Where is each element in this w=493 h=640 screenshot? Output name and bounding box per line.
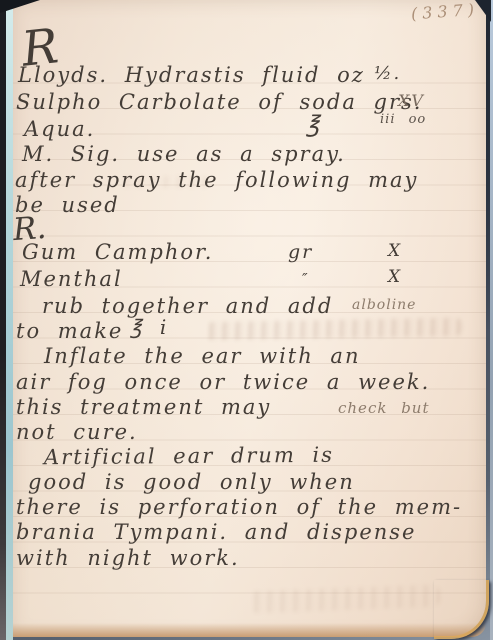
note-line: good is good only when — [28, 471, 355, 494]
ingredient-name: Lloyds. Hydrastis fluid oz — [18, 64, 365, 87]
note-line: not cure. — [16, 421, 138, 444]
mixing-instruction-addition: alboline — [352, 298, 416, 313]
note-line: Artificial ear drum is — [44, 444, 334, 470]
ounce-symbol: ℥ — [306, 113, 321, 138]
ingredient-amount: XV — [398, 92, 425, 110]
page-edge-cyan — [6, 0, 13, 640]
note-line: air fog once or twice a week. — [16, 371, 430, 394]
note-line: after spray the following may — [15, 169, 418, 192]
note-line: there is perforation of the mem- — [16, 496, 462, 519]
ditto-mark: ″ — [302, 271, 310, 288]
ingredient-name: Gum Camphor. — [22, 241, 213, 264]
ingredient-name: Menthal — [20, 268, 123, 291]
note-line: Inflate the ear with an — [44, 345, 360, 368]
ingredient-name: Sulpho Carbolate of soda grs. — [16, 91, 423, 114]
ingredient-amount: X — [388, 242, 402, 261]
make-quantity: ℥ i — [130, 316, 168, 338]
note-line: this treatment may — [16, 396, 271, 419]
mixing-instruction: rub together and add — [42, 295, 333, 318]
note-line: brania Tympani. and dispense — [16, 521, 416, 544]
ingredient-unit: gr — [288, 242, 313, 263]
note-line: with night work. — [16, 547, 240, 570]
ingredient-amount: X — [388, 268, 402, 287]
ingredient-amount: ½. — [374, 64, 401, 84]
scanned-notebook-page: (337) R Lloyds. Hydrastis fluid oz ½. Su… — [0, 0, 493, 640]
ingredient-name: Aqua. — [24, 118, 95, 141]
paper-bottom-shading — [11, 623, 486, 637]
note-line-addition: check but — [338, 400, 430, 417]
sig-line: M. Sig. use as a spray. — [22, 143, 346, 166]
make-instruction: to make — [16, 320, 123, 343]
ingredient-amount: iii oo — [380, 113, 426, 127]
